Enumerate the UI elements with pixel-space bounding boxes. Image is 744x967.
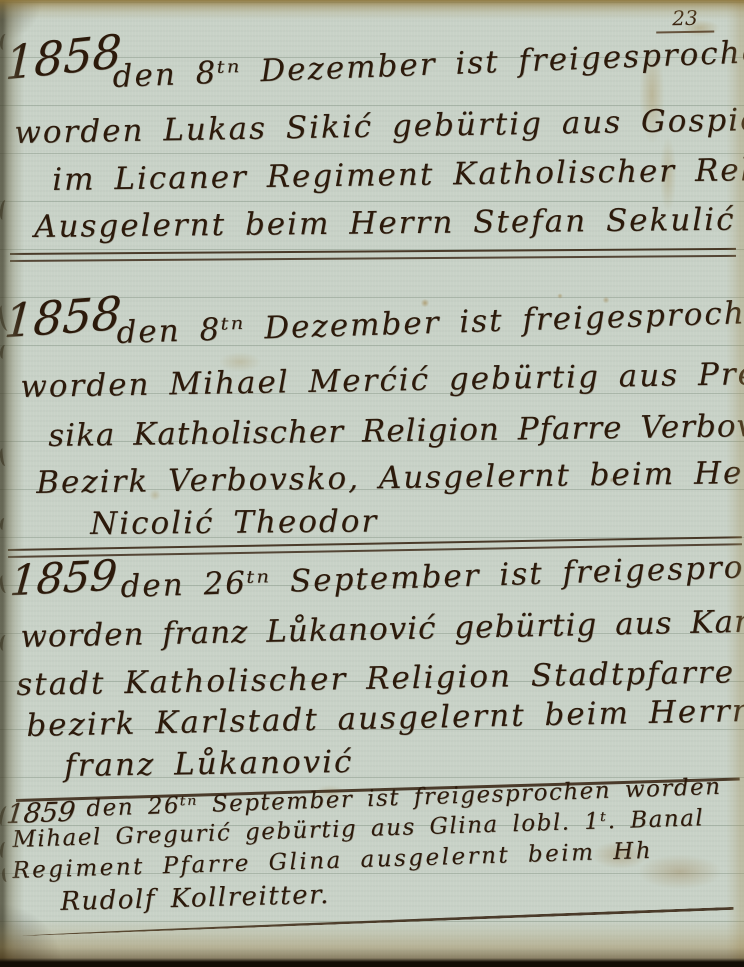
margin-ink-mark xyxy=(0,634,10,651)
entry-line: Rudolf Kollreitter. xyxy=(60,881,330,917)
entry-line: den 26ᵗⁿ September ist freigesprochen xyxy=(120,548,744,604)
margin-ink-mark xyxy=(0,345,9,360)
margin-ink-mark xyxy=(1,868,10,883)
entry-line: worden Lukas Sikić gebürtig aus Gospić xyxy=(14,103,744,150)
page-number: 23 xyxy=(656,5,714,33)
margin-ink-mark xyxy=(0,842,9,859)
entry-separator xyxy=(10,248,736,262)
entry-line: im Licaner Regiment Katholischer Relig. xyxy=(52,153,744,198)
register-page: 23 1858 den 8ᵗⁿ Dezember ist freigesproc… xyxy=(0,0,744,967)
entry-line: Ausgelernt beim Herrn Stefan Sekulić xyxy=(34,203,736,244)
entry-year: 1858 xyxy=(4,28,122,87)
margin-ink-mark xyxy=(0,518,8,531)
entry-line: franz Lůkanović xyxy=(64,745,354,783)
entry-line: worden franz Lůkanović gebürtig aus Karl… xyxy=(20,604,744,654)
entry-line: den 8ᵗⁿ Dezember ist freigesprochen xyxy=(116,295,744,350)
entry-year: 1858 xyxy=(3,290,123,345)
margin-ink-mark xyxy=(0,448,9,467)
entry-line: worden Mihael Merćić gebürtig aus Pre, xyxy=(20,357,744,404)
entry-line: Nicolić Theodor xyxy=(90,504,378,541)
entry-line: Bezirk Verbovsko, Ausgelernt beim Herrn xyxy=(36,455,744,500)
entry-year: 1859 xyxy=(8,554,118,602)
entry-year: 1859 xyxy=(5,799,77,829)
entry-line: bezirk Karlstadt ausgelernt beim Herrn xyxy=(26,694,744,743)
entry-line: den 8ᵗⁿ Dezember ist freigesprochen xyxy=(112,34,744,94)
entry-line: sika Katholischer Religion Pfarre Verbov… xyxy=(48,408,744,453)
margin-ink-mark xyxy=(0,200,9,221)
